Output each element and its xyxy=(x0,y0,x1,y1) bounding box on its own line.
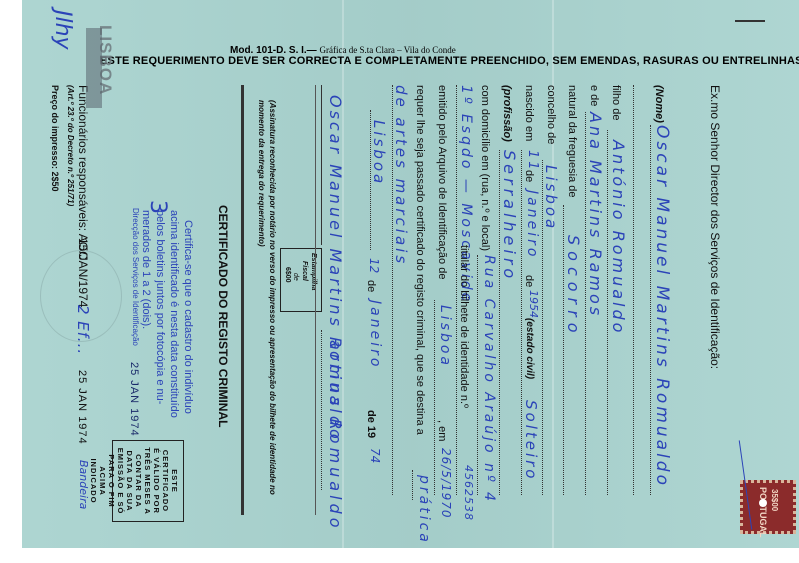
field-value-destino-2[interactable]: de artes marciais xyxy=(392,85,410,266)
date-year[interactable]: 74 xyxy=(368,448,382,463)
field-value-bi-number[interactable]: 4562538 xyxy=(462,465,475,521)
field-label-concelho: concelho de xyxy=(545,85,557,144)
section-divider xyxy=(315,85,316,515)
field-label-emitido: emitido pelo Arquivo de Identificação de xyxy=(436,85,448,279)
responsible-date: 15/JAN/1974 xyxy=(76,238,90,307)
field-value-domicilio[interactable]: Rua Carvalho Araújo nº 4 xyxy=(481,255,497,504)
form-instruction: ESTE REQUERIMENTO DEVE SER CORRECTA E CO… xyxy=(100,55,799,67)
certificate-initial-mark: 3 xyxy=(145,200,170,214)
printer-name: Gráfica de S.ta Clara – Vila do Conde xyxy=(319,45,455,55)
field-label-nascido-em: nascido em xyxy=(523,85,535,141)
date-de: de xyxy=(365,280,377,292)
field-label-requer: requer lhe seja passado certificado do r… xyxy=(414,85,426,435)
corner-initials: Jlhy xyxy=(50,10,75,50)
certificate-text-3: pelos boletins juntos por fotocópia e nu… xyxy=(154,210,166,404)
field-label-titular: titular do bilhete de identidade n.º xyxy=(458,245,470,408)
fiscal-stamp-line4: 6$00 xyxy=(284,267,291,283)
field-line xyxy=(412,470,413,500)
fold-line xyxy=(552,0,554,548)
decree-reference: (Art.º 23.º do Decreto n.º 251/71) xyxy=(66,85,75,206)
field-line xyxy=(370,110,371,250)
field-label-freguesia: natural da freguesia de xyxy=(566,85,578,198)
certificate-date-stamp: 25 JAN 1974 xyxy=(128,362,140,437)
signature-line xyxy=(321,85,322,245)
field-value-estado-civil[interactable]: Solteiro xyxy=(522,400,540,482)
field-line xyxy=(607,130,608,495)
field-line xyxy=(499,150,500,495)
certificate-text-2: acima identificado é nesta data constitu… xyxy=(168,210,180,418)
field-line xyxy=(321,330,322,490)
field-value-concelho[interactable]: Lisboa xyxy=(542,165,560,231)
field-value-year[interactable]: 1954 xyxy=(527,290,540,318)
lisboa-stamp-block xyxy=(86,28,102,108)
place-value[interactable]: Lisboa xyxy=(370,120,388,186)
date-month[interactable]: Janeiro xyxy=(367,300,383,369)
date-year-prefix: de 19 xyxy=(365,410,377,438)
validity-text: ESTE CERTIFICADO É VÁLIDO POR TRÊS MESES… xyxy=(89,447,179,515)
field-label-de-year: de xyxy=(523,275,535,287)
responsible-signature: 2 Ef... xyxy=(74,305,92,355)
fiscal-stamp-line2: Fiscal xyxy=(301,261,308,281)
fiscal-stamp-line3: de xyxy=(292,273,299,281)
validity-box: ESTE CERTIFICADO É VÁLIDO POR TRÊS MESES… xyxy=(112,440,184,522)
revenue-stamp-value: 35$00 xyxy=(770,489,779,511)
field-label-domicilio: com domicílio em (rua, n.º e local) xyxy=(479,85,491,251)
ink-mark xyxy=(735,20,765,22)
salutation: Ex.mo Senhor Director dos Serviços de Id… xyxy=(708,85,722,369)
revenue-stamp-country: PORTUGAL xyxy=(758,487,768,538)
applicant-signature-continued: artins Romualdo xyxy=(326,340,345,532)
field-value-filho-de[interactable]: António Romualdo xyxy=(609,140,628,335)
field-value-e-de[interactable]: Ana Martins Ramos xyxy=(586,112,605,318)
field-line xyxy=(434,300,435,495)
certificate-text-4: merados de 1 a 2 (dois). xyxy=(140,210,152,329)
field-label-e-de: e de xyxy=(588,85,600,106)
field-value-freguesia[interactable]: Socorro xyxy=(564,235,583,338)
field-value-profissao[interactable]: Serralheiro xyxy=(500,150,519,282)
field-line xyxy=(477,255,478,495)
certificate-title: CERTIFICADO DO REGISTO CRIMINAL xyxy=(216,205,230,427)
field-value-month[interactable]: Janeiro xyxy=(524,190,540,259)
field-value-arquivo[interactable]: Lisboa xyxy=(437,305,453,368)
signature-note: (Assinatura reconhecida por notário no v… xyxy=(256,100,278,500)
field-line xyxy=(650,125,651,495)
field-label-estado-civil: (estado civil) xyxy=(524,318,535,379)
responsible-label: Funcionários responsáveis: AOC xyxy=(76,85,90,260)
field-line xyxy=(456,85,457,495)
second-date-stamp: 25 JAN 1974 xyxy=(76,370,88,445)
date-day[interactable]: 12 xyxy=(367,258,381,273)
field-label-em: , em xyxy=(436,420,448,441)
field-line xyxy=(633,85,634,495)
section-divider xyxy=(241,85,244,515)
field-value-destino[interactable]: prática xyxy=(416,475,432,545)
field-line xyxy=(392,85,393,495)
field-value-emission-date[interactable]: 26/5/1970 xyxy=(439,448,453,519)
field-label-filho-de: filho de xyxy=(610,85,622,120)
print-price: Preço do impresso: 2$50 xyxy=(50,85,60,192)
certificate-text-1: Certifica-se que o cadastro do indivíduo xyxy=(182,220,194,414)
field-label-profissao: (profissão) xyxy=(501,85,513,142)
second-signature: Bandeira xyxy=(77,460,90,509)
punch-hole xyxy=(759,499,767,507)
field-label-de: de xyxy=(523,170,535,182)
field-line xyxy=(521,150,522,495)
field-label-nome: (Nome) xyxy=(653,85,665,123)
field-value-nome[interactable]: Oscar Manuel Martins Romualdo xyxy=(652,125,672,488)
certificate-issuer: Direcção dos Serviços de Identificação xyxy=(131,208,140,346)
